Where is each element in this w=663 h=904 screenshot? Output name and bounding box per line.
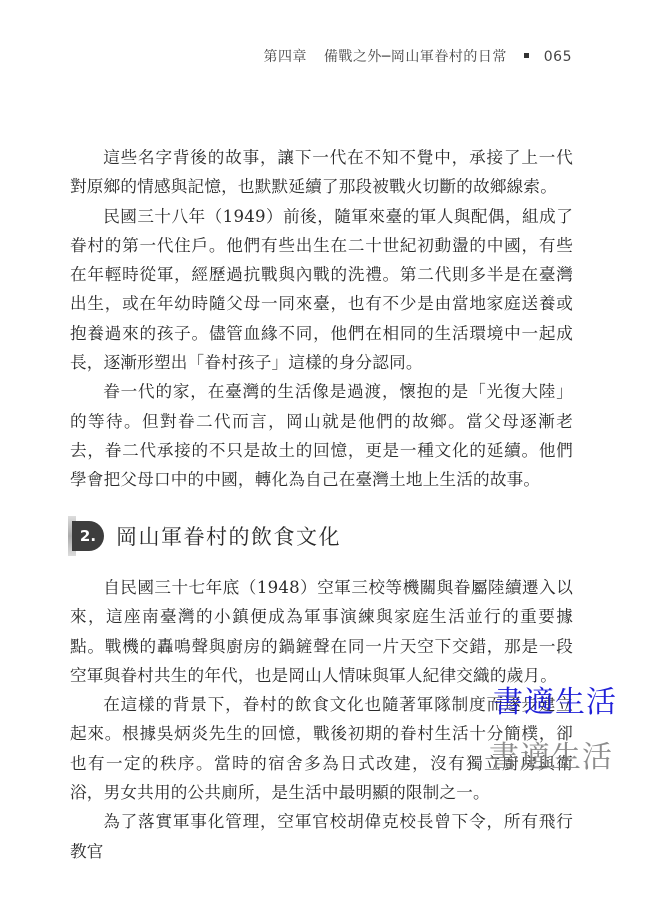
chapter-title: 備戰之外─岡山軍眷村的日常 xyxy=(324,49,507,65)
section-number-badge: 2. xyxy=(72,521,104,551)
section-number: 2. xyxy=(80,527,96,545)
page-number: 065 xyxy=(544,49,572,65)
paragraph: 為了落實軍事化管理，空軍官校胡偉克校長曾下令，所有飛行教官 xyxy=(70,807,573,866)
paragraph: 眷一代的家，在臺灣的生活像是過渡，懷抱的是「光復大陸」的等待。但對眷二代而言，岡… xyxy=(70,377,573,494)
paragraph: 民國三十八年（1949）前後，隨軍來臺的軍人與配偶，組成了眷村的第一代住戶。他們… xyxy=(70,202,573,378)
body-text-block-1: 這些名字背後的故事，讓下一代在不知不覺中，承接了上一代對原鄉的情感與記憶，也默默… xyxy=(70,143,573,495)
bullet-separator-icon xyxy=(524,53,529,58)
chapter-label: 第四章 xyxy=(263,49,307,65)
paragraph: 在這樣的背景下，眷村的飲食文化也隨著軍隊制度而逐步建立起來。根據吳炳炎先生的回憶… xyxy=(70,690,573,807)
body-text-block-2: 自民國三十七年底（1948）空軍三校等機關與眷屬陸續遷入以來，這座南臺灣的小鎮便… xyxy=(70,573,573,866)
section-title: 岡山軍眷村的飲食文化 xyxy=(116,521,341,551)
paragraph: 這些名字背後的故事，讓下一代在不知不覺中，承接了上一代對原鄉的情感與記憶，也默默… xyxy=(70,143,573,202)
paragraph: 自民國三十七年底（1948）空軍三校等機關與眷屬陸續遷入以來，這座南臺灣的小鎮便… xyxy=(70,573,573,690)
running-header: 第四章 備戰之外─岡山軍眷村的日常 065 xyxy=(263,46,572,66)
section-heading: 2. 岡山軍眷村的飲食文化 xyxy=(72,520,341,552)
